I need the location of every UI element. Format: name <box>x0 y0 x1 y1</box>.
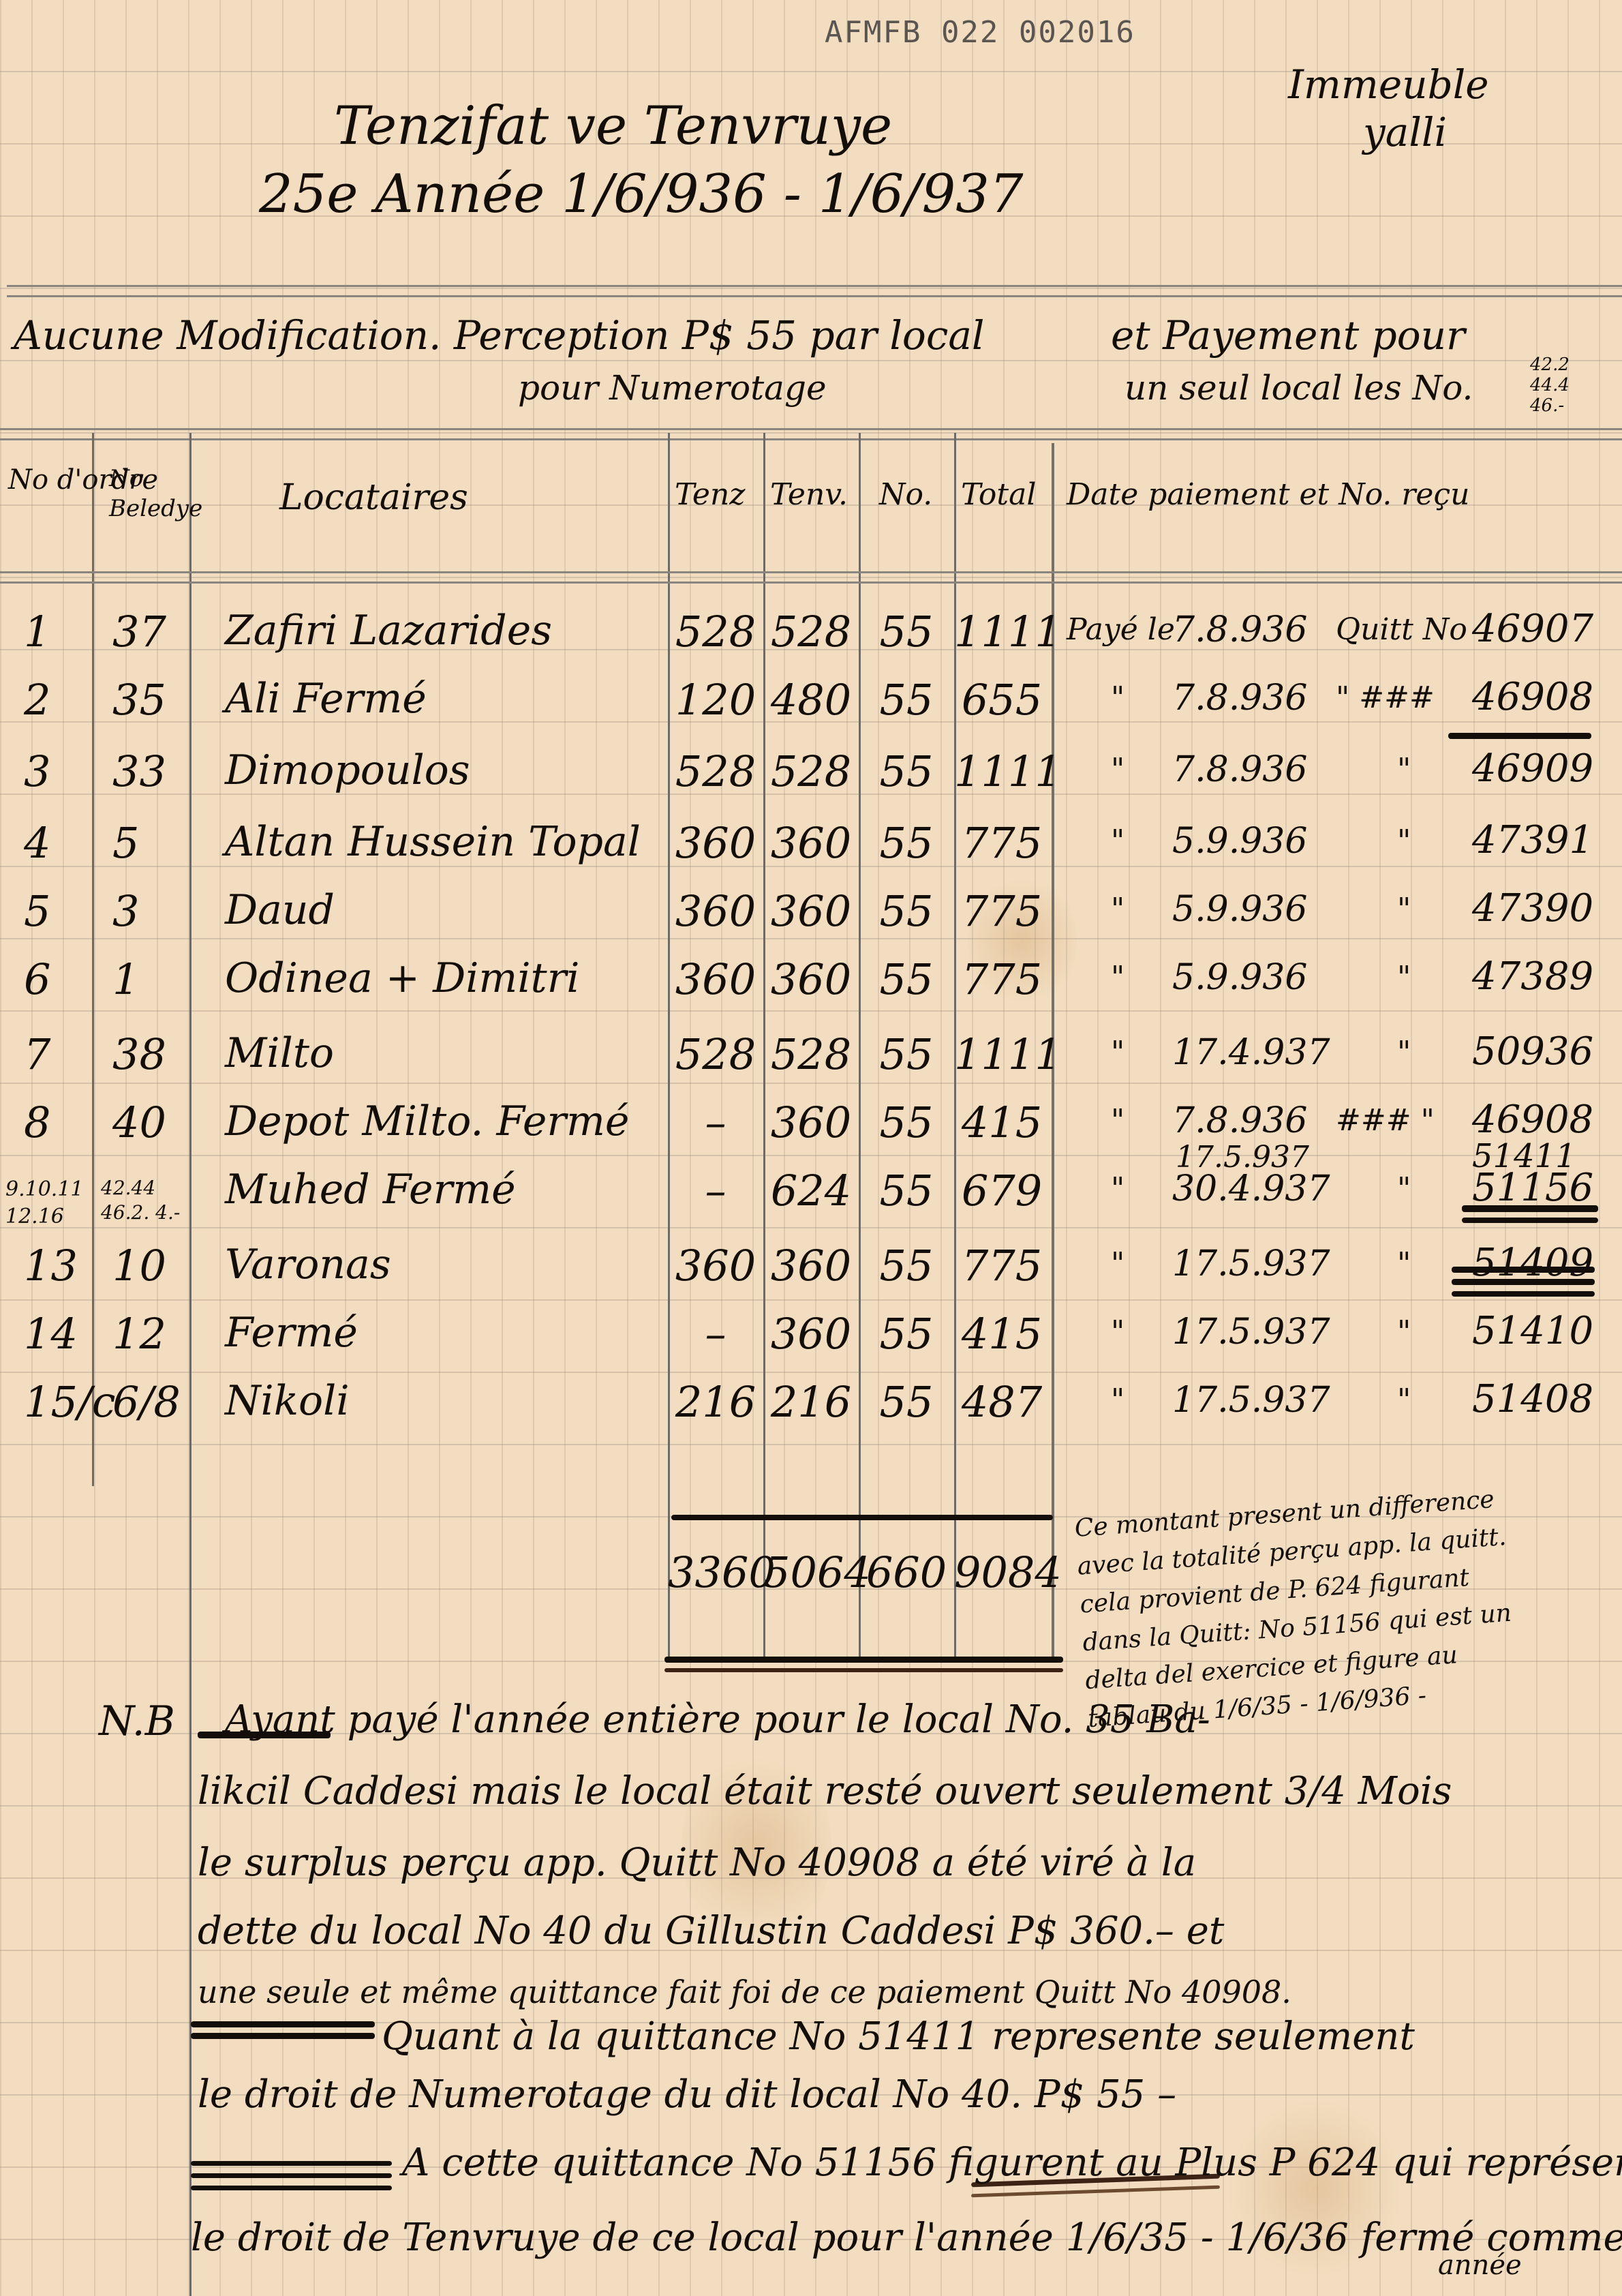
row-receipt-number: 51410 <box>1472 1309 1593 1353</box>
building-label: Immeuble <box>1288 61 1489 108</box>
row-receipt-label: " <box>1397 1314 1411 1349</box>
row-payment-date: 5.9.936 <box>1172 957 1307 998</box>
row-ordre-number: 4 <box>24 818 50 868</box>
header-no: No. <box>879 477 932 512</box>
row-total: 775 <box>954 954 1050 1004</box>
row-locataire: Ali Fermé <box>225 675 427 723</box>
row-paid-prefix: " <box>1111 1246 1124 1281</box>
receipt-underline <box>1452 1291 1595 1297</box>
row-receipt-number: 47389 <box>1472 954 1593 999</box>
row-receipt-label: " <box>1397 824 1411 858</box>
nb-line: A cette quittance No 51156 figurent au P… <box>402 2141 1622 2185</box>
year-period: 25e Année 1/6/936 - 1/6/937 <box>259 164 1023 225</box>
nb-line: le surplus perçu app. Quitt No 40908 a é… <box>198 1841 1196 1885</box>
row-paid-prefix: " <box>1111 680 1124 715</box>
row-receipt-label: " ### <box>1336 680 1435 715</box>
row-total: 487 <box>954 1377 1050 1427</box>
row-receipt-number: 46908 <box>1472 1098 1593 1142</box>
row-tenv: 360 <box>763 1241 859 1290</box>
header-date-paiement: Date paiement et No. reçu <box>1067 477 1469 512</box>
row-tenv: 360 <box>763 1309 859 1359</box>
row-receipt-number: 46908 <box>1472 675 1593 719</box>
receipt-underline <box>1452 1267 1595 1273</box>
row-no: 55 <box>859 607 954 656</box>
row-receipt-number: 46909 <box>1472 746 1593 791</box>
table-header-rule <box>0 571 1622 584</box>
row-locataire: Fermé <box>225 1309 358 1357</box>
nb-dash <box>191 2021 375 2027</box>
row-paid-prefix: " <box>1111 752 1124 787</box>
row-tenz: – <box>668 1309 763 1359</box>
row-tenv: 360 <box>763 818 859 868</box>
row-no: 55 <box>859 1377 954 1427</box>
row-paid-prefix: " <box>1111 824 1124 858</box>
row-receipt-label: " <box>1397 892 1411 926</box>
remark-local-number: 42.2 <box>1530 354 1570 375</box>
row-locataire: Nikoli <box>225 1377 350 1425</box>
row-tenz: 360 <box>668 954 763 1004</box>
row-beledye-number: 12 <box>112 1309 166 1359</box>
row-payment-date: 17.5.937 <box>1172 1312 1330 1353</box>
row-payment-date: 17.5.937 <box>1172 1243 1330 1284</box>
nb-line: le droit de Numerotage du dit local No 4… <box>198 2072 1176 2117</box>
row-ordre-number: 9.10.11 12.16 <box>5 1176 87 1230</box>
row-no: 55 <box>859 1029 954 1079</box>
header-tenz: Tenz <box>675 477 746 512</box>
row-no: 55 <box>859 954 954 1004</box>
row-receipt-number: 51408 <box>1472 1377 1593 1421</box>
nb-line: le droit de Tenvruye de ce local pour l'… <box>191 2216 1622 2260</box>
row-receipt-number: 47391 <box>1472 818 1593 862</box>
row-tenv: 216 <box>763 1377 859 1427</box>
nb-triple-dash <box>191 2186 392 2190</box>
row-locataire: Dimopoulos <box>225 746 470 794</box>
row-locataire: Zafiri Lazarides <box>225 607 552 654</box>
row-payment-date: 5.9.936 <box>1172 889 1307 930</box>
total-tenz: 3360 <box>668 1547 763 1597</box>
header-locataires: Locataires <box>279 477 468 518</box>
row-payment-date: 17.5.937 <box>1172 1380 1330 1421</box>
ledger-page: AFMFB 022 002016 Tenzifat ve Tenvruye 25… <box>0 0 1622 2296</box>
row-no: 55 <box>859 746 954 796</box>
row-receipt-label: Quitt No <box>1336 612 1467 647</box>
header-no-ordre: No d'ordre <box>8 464 83 496</box>
row-tenz: 120 <box>668 675 763 725</box>
row-ordre-number: 7 <box>24 1029 50 1079</box>
remark-payment: et Payement pour <box>1111 312 1465 359</box>
remark-text-line2: pour Numerotage <box>518 368 827 408</box>
row-tenz: 360 <box>668 818 763 868</box>
row-receipt-number: 51156 <box>1472 1166 1593 1210</box>
row-tenz: – <box>668 1098 763 1147</box>
row-no: 55 <box>859 886 954 936</box>
nb-line: année <box>1438 2250 1522 2281</box>
row-no: 55 <box>859 675 954 725</box>
row-no: 55 <box>859 1309 954 1359</box>
row-locataire: Odinea + Dimitri <box>225 954 580 1002</box>
total-amount: 9084 <box>954 1547 1050 1597</box>
underline-amount <box>971 2186 1220 2198</box>
row-ordre-number: 14 <box>24 1309 78 1359</box>
totals-double-rule <box>664 1668 1063 1672</box>
receipt-underline <box>1452 1279 1595 1285</box>
row-tenv: 528 <box>763 607 859 656</box>
row-locataire: Depot Milto. Fermé <box>225 1098 629 1145</box>
row-total: 775 <box>954 1241 1050 1290</box>
row-locataire: Varonas <box>225 1241 391 1288</box>
row-no: 55 <box>859 1241 954 1290</box>
row-locataire: Altan Hussein Topal <box>225 818 641 866</box>
row-beledye-number: 1 <box>112 954 139 1004</box>
row-total: 655 <box>954 675 1050 725</box>
row-payment-date: 30.4.937 <box>1172 1168 1330 1209</box>
row-locataire: Daud <box>225 886 335 934</box>
row-total: 775 <box>954 818 1050 868</box>
nb-dash <box>191 2033 375 2039</box>
table-top-rule <box>0 428 1622 440</box>
section-divider <box>7 285 1622 297</box>
row-no: 55 <box>859 1166 954 1215</box>
row-receipt-number: 50936 <box>1472 1029 1593 1074</box>
row-receipt-number: 47390 <box>1472 886 1593 931</box>
row-paid-prefix: " <box>1111 1103 1124 1138</box>
nb-triple-dash <box>191 2161 392 2166</box>
row-no: 55 <box>859 1098 954 1147</box>
row-ordre-number: 15/c <box>24 1377 116 1427</box>
header-total: Total <box>961 477 1036 512</box>
row-tenz: 360 <box>668 886 763 936</box>
header-tenv: Tenv. <box>770 477 848 512</box>
total-no: 660 <box>859 1547 954 1597</box>
row-tenz: 528 <box>668 746 763 796</box>
row-total: 415 <box>954 1098 1050 1147</box>
receipt-underline <box>1462 1218 1598 1223</box>
archive-reference: AFMFB 022 002016 <box>825 15 1135 50</box>
row-tenz: 360 <box>668 1241 763 1290</box>
row-receipt-label: ### " <box>1336 1103 1435 1138</box>
row-beledye-number: 33 <box>112 746 166 796</box>
totals-double-rule <box>664 1657 1063 1663</box>
row-paid-prefix: " <box>1111 1314 1124 1349</box>
row-tenz: 528 <box>668 1029 763 1079</box>
remark-payment-line2: un seul local les No. <box>1124 368 1473 408</box>
row-tenv: 624 <box>763 1166 859 1215</box>
row-payment-date: 5.9.936 <box>1172 821 1307 862</box>
row-paid-prefix: " <box>1111 960 1124 995</box>
row-receipt-label: " <box>1397 960 1411 995</box>
column-divider <box>189 433 192 2296</box>
row-beledye-number: 10 <box>112 1241 166 1290</box>
row-ordre-number: 5 <box>24 886 50 936</box>
row-paid-prefix: " <box>1111 1035 1124 1070</box>
column-divider <box>92 433 94 1486</box>
header-no-beledye: No Beledye <box>109 464 177 524</box>
nb-triple-dash <box>191 2173 392 2178</box>
row-ordre-number: 13 <box>24 1241 78 1290</box>
nb-line: Quant à la quittance No 51411 represente… <box>382 2014 1415 2059</box>
row-receipt-label: " <box>1397 1035 1411 1070</box>
row-receipt-label: " <box>1397 1246 1411 1281</box>
row-ordre-number: 8 <box>24 1098 50 1147</box>
row-ordre-number: 3 <box>24 746 50 796</box>
row-tenv: 528 <box>763 746 859 796</box>
nb-line: Ayant payé l'année entière pour le local… <box>225 1697 1210 1742</box>
row-total: 1111 <box>954 746 1050 796</box>
row-paid-prefix: " <box>1111 1171 1124 1206</box>
row-tenz: – <box>668 1166 763 1215</box>
row-ordre-number: 2 <box>24 675 50 725</box>
row-beledye-number: 5 <box>112 818 139 868</box>
total-tenv: 5064 <box>763 1547 859 1597</box>
row-locataire: Muhed Fermé <box>225 1166 516 1213</box>
row-payment-date: 17.4.937 <box>1172 1032 1330 1073</box>
row-paid-prefix: " <box>1111 1383 1124 1417</box>
row-beledye-number: 40 <box>112 1098 166 1147</box>
row-beledye-number: 37 <box>112 607 166 656</box>
remark-local-number: 46.- <box>1530 395 1564 416</box>
row-payment-date: 7.8.936 <box>1172 678 1307 719</box>
row-tenz: 216 <box>668 1377 763 1427</box>
row-total: 1111 <box>954 1029 1050 1079</box>
row-receipt-number: 46907 <box>1472 607 1593 651</box>
row-locataire: Milto <box>225 1029 334 1077</box>
row-paid-prefix: " <box>1111 892 1124 926</box>
nb-line: une seule et même quittance fait foi de … <box>198 1974 1291 2010</box>
row-beledye-number: 42.44 46.2. 4.- <box>101 1176 183 1225</box>
row-total: 679 <box>954 1166 1050 1215</box>
row-beledye-number: 38 <box>112 1029 166 1079</box>
row-total: 415 <box>954 1309 1050 1359</box>
row-beledye-number: 6/8 <box>112 1377 181 1427</box>
row-receipt-label: " <box>1397 1383 1411 1417</box>
row-total: 1111 <box>954 607 1050 656</box>
totals-rule <box>671 1515 1053 1520</box>
remark-text: Aucune Modification. Perception P$ 55 pa… <box>14 312 984 359</box>
receipt-underline <box>1462 1205 1598 1212</box>
nb-label: N.B <box>99 1697 175 1745</box>
building-name: yalli <box>1363 109 1447 155</box>
row-tenv: 528 <box>763 1029 859 1079</box>
row-paid-prefix: Payé le <box>1067 612 1175 647</box>
row-payment-date: 7.8.936 <box>1172 1100 1307 1141</box>
row-payment-date: 7.8.936 <box>1172 609 1307 650</box>
row-beledye-number: 3 <box>112 886 139 936</box>
row-payment-date: 7.8.936 <box>1172 749 1307 790</box>
row-tenv: 360 <box>763 954 859 1004</box>
row-tenv: 480 <box>763 675 859 725</box>
row-tenv: 360 <box>763 1098 859 1147</box>
row-ordre-number: 1 <box>24 607 50 656</box>
row-receipt-label: " <box>1397 1171 1411 1206</box>
row-tenz: 528 <box>668 607 763 656</box>
nb-line: dette du local No 40 du Gillustin Caddes… <box>198 1909 1224 1953</box>
row-total: 775 <box>954 886 1050 936</box>
row-receipt-label: " <box>1397 752 1411 787</box>
nb-line: likcil Caddesi mais le local était resté… <box>198 1769 1452 1813</box>
remark-local-number: 44.4 <box>1530 375 1570 395</box>
row-no: 55 <box>859 818 954 868</box>
receipt-underline <box>1448 733 1591 739</box>
row-ordre-number: 6 <box>24 954 50 1004</box>
row-beledye-number: 35 <box>112 675 166 725</box>
row-tenv: 360 <box>763 886 859 936</box>
document-title: Tenzifat ve Tenvruye <box>334 95 892 157</box>
